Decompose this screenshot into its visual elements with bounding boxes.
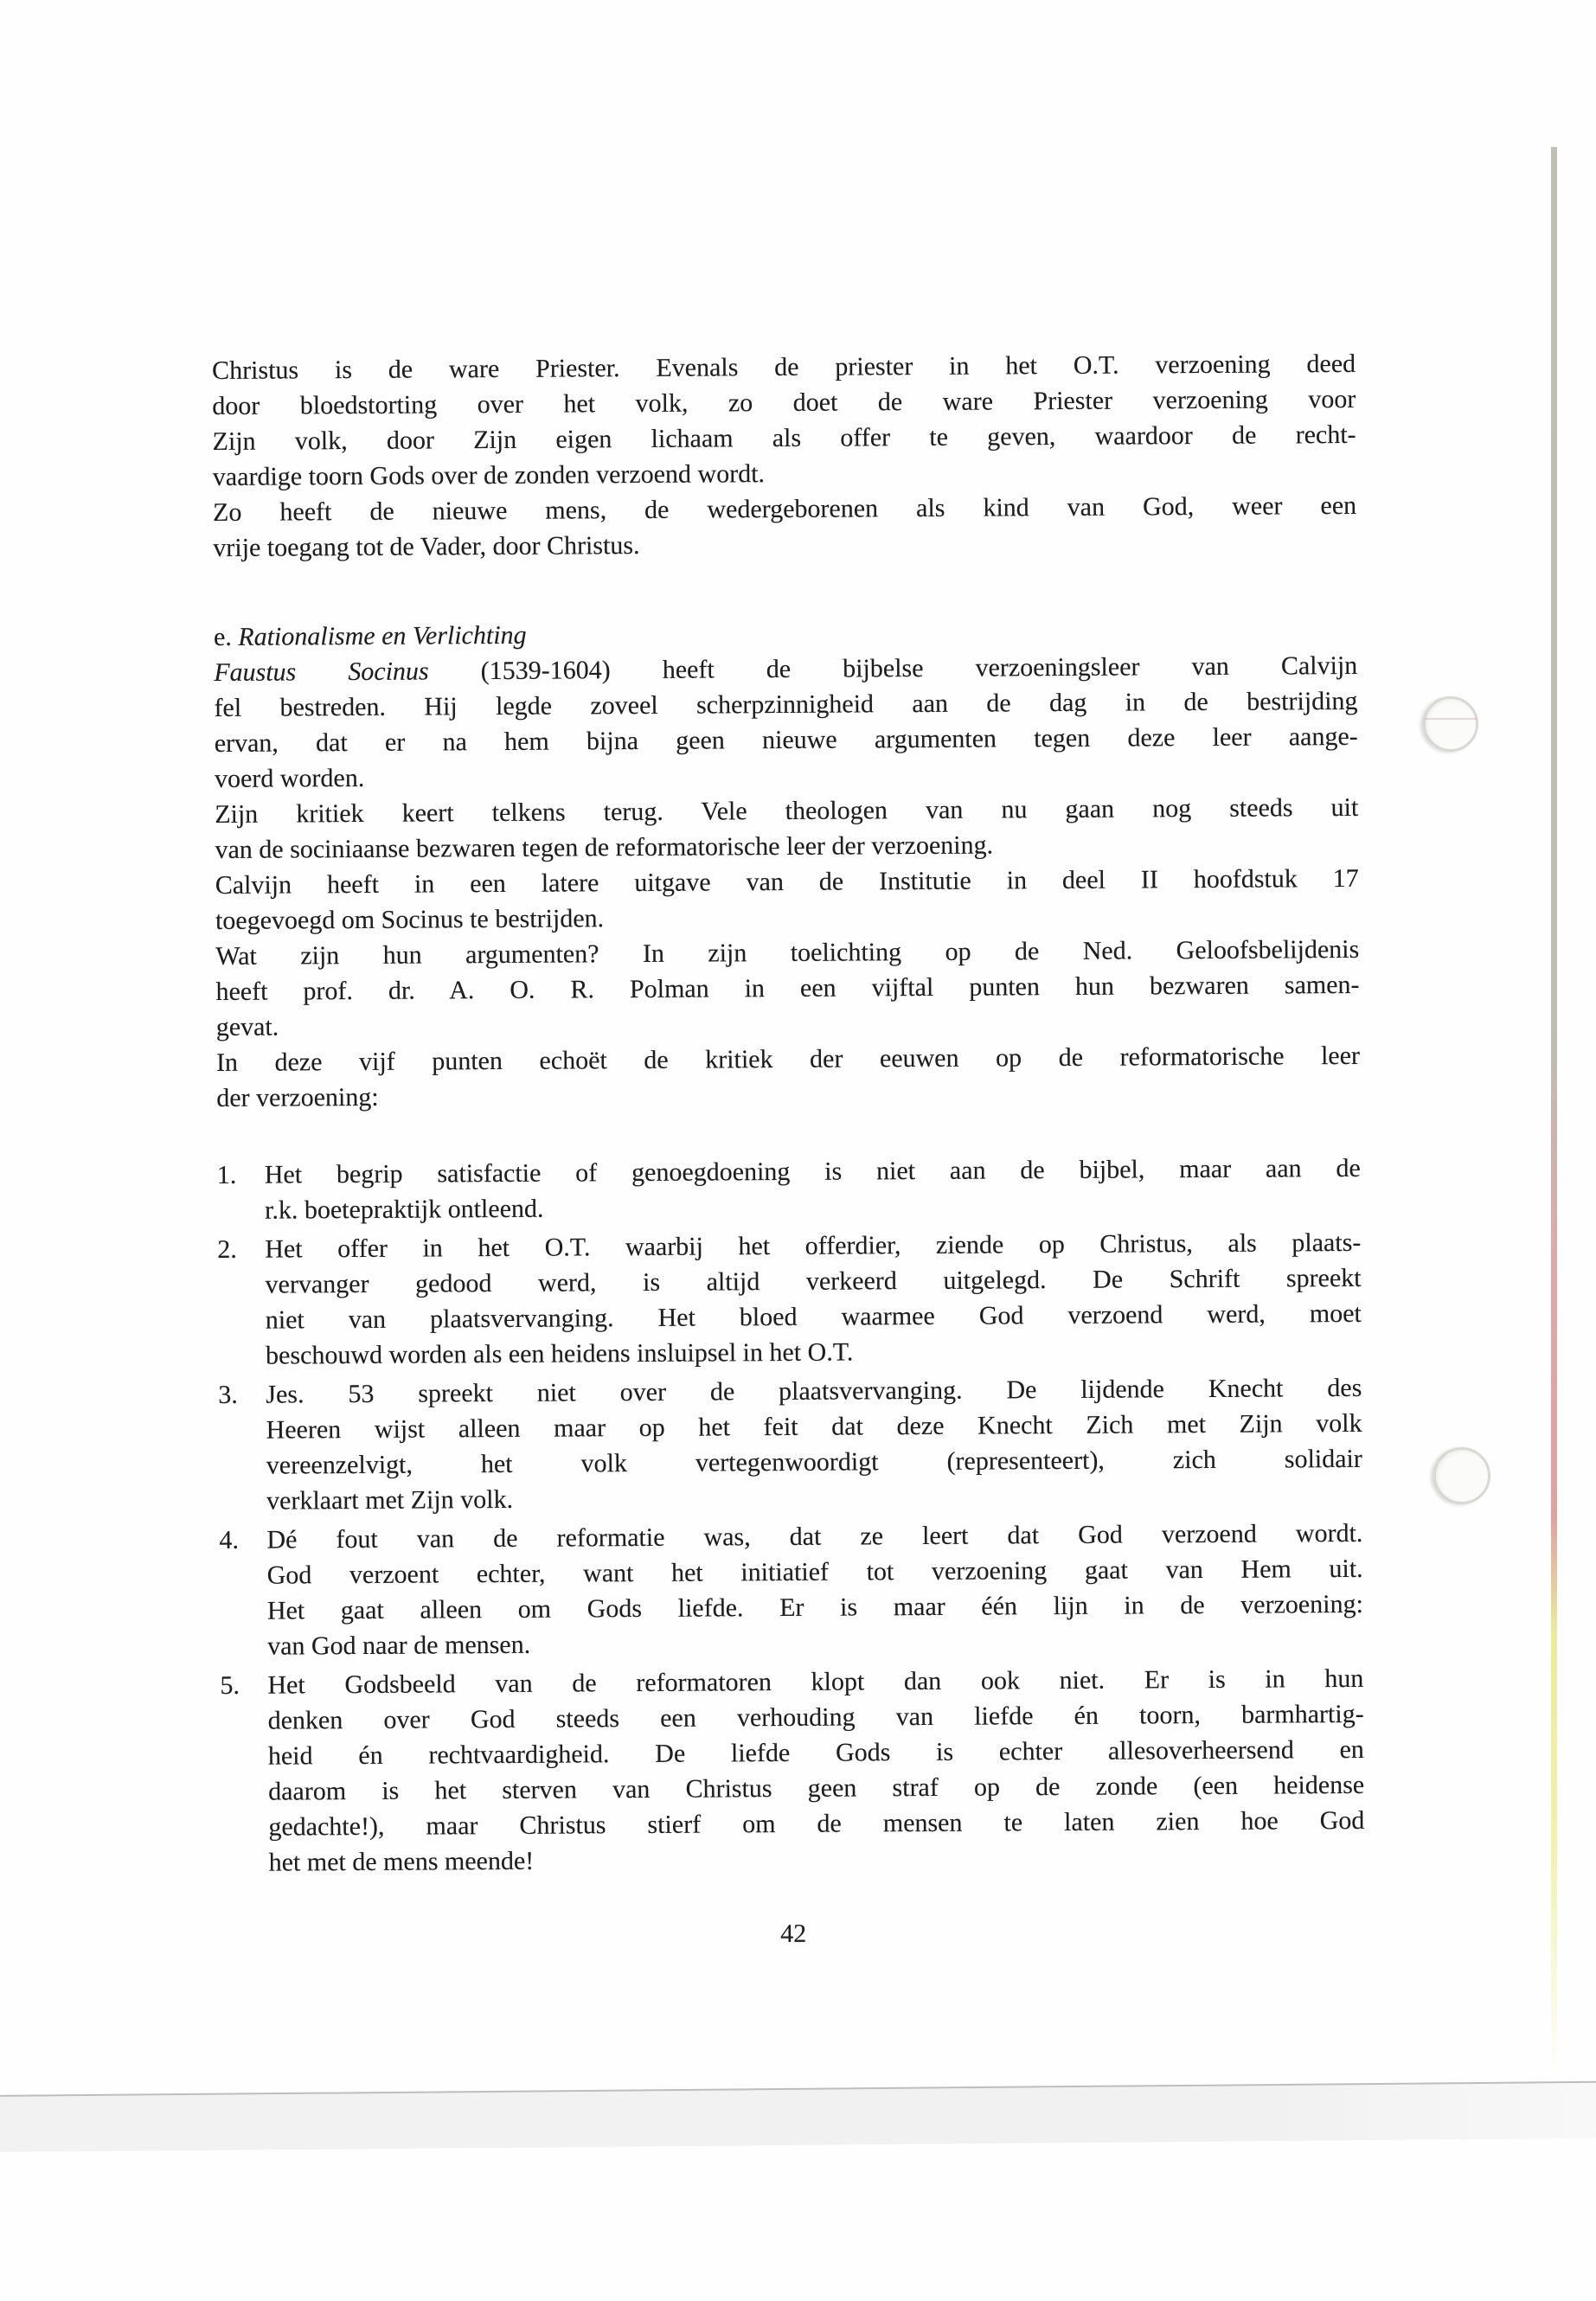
section-heading-title: Rationalisme en Verlichting bbox=[238, 621, 526, 651]
paragraph-vijf-punten: In deze vijf punten echoët de kritiek de… bbox=[216, 1038, 1360, 1116]
text-line: niet van plaatsvervanging. Het bloed waa… bbox=[266, 1296, 1362, 1338]
paragraph-faustus-socinus: Faustus Socinus (1539-1604) heeft de bij… bbox=[214, 648, 1358, 797]
paragraph-calvijn-institutie: Calvijn heeft in een latere uitgave van … bbox=[215, 861, 1359, 939]
text-line: vereenzelvigt, het volk vertegenwoordigt… bbox=[266, 1441, 1362, 1484]
text-line: Zijn volk, door Zijn eigen lichaam als o… bbox=[213, 417, 1356, 459]
text-line: het met de mens meende! bbox=[269, 1838, 1365, 1881]
list-item: 1.Het begrip satisfactie of genoegdoenin… bbox=[217, 1150, 1361, 1228]
text-line: Het begrip satisfactie of genoegdoening … bbox=[265, 1150, 1361, 1193]
text-line: beschouwd worden als een heidens insluip… bbox=[266, 1331, 1362, 1374]
paragraph-polman: Wat zijn hun argumenten? In zijn toelich… bbox=[215, 932, 1360, 1045]
text-line: In deze vijf punten echoët de kritiek de… bbox=[216, 1038, 1360, 1080]
list-item-number: 5. bbox=[220, 1668, 269, 1881]
list-item-number: 4. bbox=[219, 1522, 267, 1664]
list-item-number: 2. bbox=[217, 1232, 266, 1374]
text-line: der verzoening: bbox=[216, 1074, 1360, 1116]
list-item-text: Het offer in het O.T. waarbij het offerd… bbox=[265, 1225, 1362, 1374]
list-item-text: Het begrip satisfactie of genoegdoening … bbox=[265, 1150, 1361, 1228]
text-line: Calvijn heeft in een latere uitgave van … bbox=[215, 861, 1359, 903]
text-line: r.k. boetepraktijk ontleend. bbox=[265, 1186, 1361, 1228]
text-line: Zo heeft de nieuwe mens, de wedergeboren… bbox=[213, 488, 1356, 530]
list-item-text: Dé fout van de reformatie was, dat ze le… bbox=[266, 1516, 1363, 1664]
page-edge-vertical-line bbox=[1551, 147, 1557, 2076]
section-heading-letter: e. bbox=[214, 623, 232, 651]
paragraph-nieuwe-mens: Zo heeft de nieuwe mens, de wedergeboren… bbox=[213, 488, 1356, 566]
list-item: 5.Het Godsbeeld van de reformatoren klop… bbox=[220, 1661, 1364, 1881]
text-line: vrije toegang tot de Vader, door Christu… bbox=[213, 523, 1356, 566]
list-item: 4.Dé fout van de reformatie was, dat ze … bbox=[219, 1516, 1363, 1664]
list-item-text: Het Godsbeeld van de reformatoren klopt … bbox=[267, 1661, 1364, 1881]
page-number: 42 bbox=[221, 1913, 1365, 1955]
text-line: van God naar de mensen. bbox=[267, 1622, 1363, 1664]
paragraph-priester: Christus is de ware Priester. Evenals de… bbox=[212, 346, 1356, 495]
numbered-objections-list: 1.Het begrip satisfactie of genoegdoenin… bbox=[217, 1150, 1365, 1881]
paragraph-zijn-kritiek: Zijn kritiek keert telkens terug. Vele t… bbox=[215, 790, 1358, 868]
page-text-block: Christus is de ware Priester. Evenals de… bbox=[212, 346, 1365, 1955]
text-line: gedachte!), maar Christus stierf om de m… bbox=[268, 1803, 1364, 1845]
list-item-text: Jes. 53 spreekt niet over de plaatsverva… bbox=[266, 1370, 1362, 1519]
binder-hole-bottom bbox=[1433, 1447, 1490, 1504]
text-line: Zijn kritiek keert telkens terug. Vele t… bbox=[215, 790, 1358, 832]
text-line: Het gaat alleen om Gods liefde. Er is ma… bbox=[267, 1586, 1363, 1629]
list-item-number: 1. bbox=[217, 1157, 265, 1228]
list-item: 2.Het offer in het O.T. waarbij het offe… bbox=[217, 1225, 1362, 1374]
page-edge-bottom-band bbox=[0, 2080, 1596, 2152]
text-line: ervan, dat er na hem bijna geen nieuwe a… bbox=[215, 719, 1358, 761]
text-line: heeft prof. dr. A. O. R. Polman in een v… bbox=[215, 967, 1359, 1009]
list-item: 3.Jes. 53 spreekt niet over de plaatsver… bbox=[218, 1370, 1362, 1519]
text-line: verklaart met Zijn volk. bbox=[266, 1477, 1362, 1519]
scanned-book-page: Christus is de ware Priester. Evenals de… bbox=[0, 0, 1596, 2301]
binder-hole-top bbox=[1423, 696, 1478, 752]
list-item-number: 3. bbox=[218, 1377, 266, 1519]
italic-lead-text: Faustus Socinus bbox=[214, 657, 429, 687]
